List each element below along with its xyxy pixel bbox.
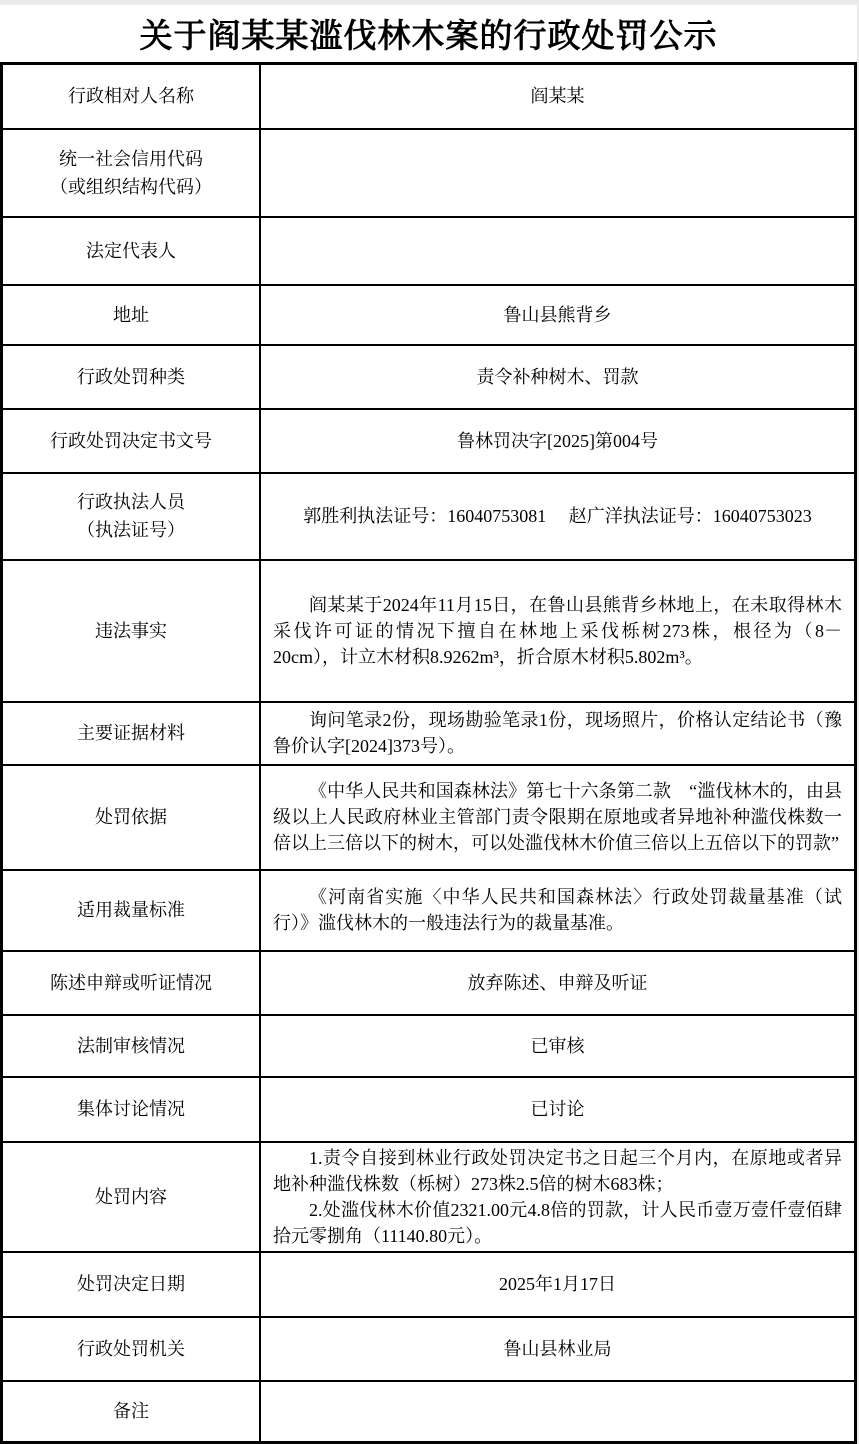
row-label: 处罚依据 [2,765,261,870]
page-title: 关于阎某某滥伐林木案的行政处罚公示 [0,5,857,62]
row-value [260,217,856,285]
row-label: 法定代表人 [2,217,261,285]
row-label: 处罚决定日期 [2,1252,261,1317]
row-label: 集体讨论情况 [2,1077,261,1142]
row-value: 已讨论 [260,1077,856,1142]
row-label: 统一社会信用代码 （或组织结构代码） [2,129,261,217]
table-row-decision-number: 行政处罚决定书文号 鲁林罚决字[2025]第004号 [2,409,856,473]
row-label: 法制审核情况 [2,1015,261,1077]
row-label: 陈述申辩或听证情况 [2,951,261,1015]
row-label: 行政处罚决定书文号 [2,409,261,473]
table-row-collective-discussion: 集体讨论情况 已讨论 [2,1077,856,1142]
row-value: 2025年1月17日 [260,1252,856,1317]
row-label: 主要证据材料 [2,702,261,765]
row-value [260,129,856,217]
row-value: 鲁山县林业局 [260,1317,856,1381]
row-value: 1.责令自接到林业行政处罚决定书之日起三个月内，在原地或者异地补种滥伐株数（栎树… [260,1142,856,1252]
row-value: 《河南省实施〈中华人民共和国森林法〉行政处罚裁量基准（试行）》滥伐林木的一般违法… [260,870,856,951]
table-row-subject-name: 行政相对人名称 阎某某 [2,64,856,129]
table-row-legal-representative: 法定代表人 [2,217,856,285]
row-label: 处罚内容 [2,1142,261,1252]
row-value: 郭胜利执法证号：16040753081 赵广洋执法证号：16040753023 [260,473,856,560]
table-row-discretion-standard: 适用裁量标准 《河南省实施〈中华人民共和国森林法〉行政处罚裁量基准（试行）》滥伐… [2,870,856,951]
row-value: 已审核 [260,1015,856,1077]
table-row-enforcement-officers: 行政执法人员 （执法证号） 郭胜利执法证号：16040753081 赵广洋执法证… [2,473,856,560]
table-row-remarks: 备注 [2,1381,856,1443]
table-row-penalty-authority: 行政处罚机关 鲁山县林业局 [2,1317,856,1381]
penalty-notice-page: 关于阎某某滥伐林木案的行政处罚公示 行政相对人名称 阎某某 统一社会信用代码 （… [0,0,859,1444]
table-row-decision-date: 处罚决定日期 2025年1月17日 [2,1252,856,1317]
table-row-illegal-facts: 违法事实 阎某某于2024年11月15日，在鲁山县熊背乡林地上，在未取得林木采伐… [2,560,856,702]
row-paragraph: 1.责令自接到林业行政处罚决定书之日起三个月内，在原地或者异地补种滥伐株数（栎树… [273,1145,842,1197]
table-row-address: 地址 鲁山县熊背乡 [2,285,856,345]
table-row-penalty-type: 行政处罚种类 责令补种树木、罚款 [2,345,856,409]
row-label: 行政执法人员 （执法证号） [2,473,261,560]
row-value: 责令补种树木、罚款 [260,345,856,409]
row-label: 备注 [2,1381,261,1443]
row-label: 违法事实 [2,560,261,702]
penalty-table: 行政相对人名称 阎某某 统一社会信用代码 （或组织结构代码） 法定代表人 地址 … [0,62,857,1444]
row-value: 阎某某于2024年11月15日，在鲁山县熊背乡林地上，在未取得林木采伐许可证的情… [260,560,856,702]
row-value: 询问笔录2份，现场勘验笔录1份，现场照片，价格认定结论书（豫鲁价认字[2024]… [260,702,856,765]
row-label: 行政相对人名称 [2,64,261,129]
row-value: 鲁山县熊背乡 [260,285,856,345]
table-row-credit-code: 统一社会信用代码 （或组织结构代码） [2,129,856,217]
row-paragraph: 《河南省实施〈中华人民共和国森林法〉行政处罚裁量基准（试行）》滥伐林木的一般违法… [273,884,842,936]
table-row-legal-review: 法制审核情况 已审核 [2,1015,856,1077]
row-value: 放弃陈述、申辩及听证 [260,951,856,1015]
row-paragraph: 2.处滥伐林木价值2321.00元4.8倍的罚款，计人民币壹万壹仟壹佰肆拾元零捌… [273,1197,842,1249]
table-row-penalty-content: 处罚内容 1.责令自接到林业行政处罚决定书之日起三个月内，在原地或者异地补种滥伐… [2,1142,856,1252]
row-value: 鲁林罚决字[2025]第004号 [260,409,856,473]
row-value: 阎某某 [260,64,856,129]
table-row-evidence-materials: 主要证据材料 询问笔录2份，现场勘验笔录1份，现场照片，价格认定结论书（豫鲁价认… [2,702,856,765]
row-label: 行政处罚种类 [2,345,261,409]
row-paragraph: 《中华人民共和国森林法》第七十六条第二款 “滥伐林木的，由县级以上人民政府林业主… [273,778,842,856]
row-label: 适用裁量标准 [2,870,261,951]
row-paragraph: 阎某某于2024年11月15日，在鲁山县熊背乡林地上，在未取得林木采伐许可证的情… [273,592,842,670]
table-row-penalty-basis: 处罚依据 《中华人民共和国森林法》第七十六条第二款 “滥伐林木的，由县级以上人民… [2,765,856,870]
row-paragraph: 询问笔录2份，现场勘验笔录1份，现场照片，价格认定结论书（豫鲁价认字[2024]… [273,707,842,759]
row-label: 地址 [2,285,261,345]
table-row-statement-hearing: 陈述申辩或听证情况 放弃陈述、申辩及听证 [2,951,856,1015]
row-value [260,1381,856,1443]
row-value: 《中华人民共和国森林法》第七十六条第二款 “滥伐林木的，由县级以上人民政府林业主… [260,765,856,870]
row-label: 行政处罚机关 [2,1317,261,1381]
